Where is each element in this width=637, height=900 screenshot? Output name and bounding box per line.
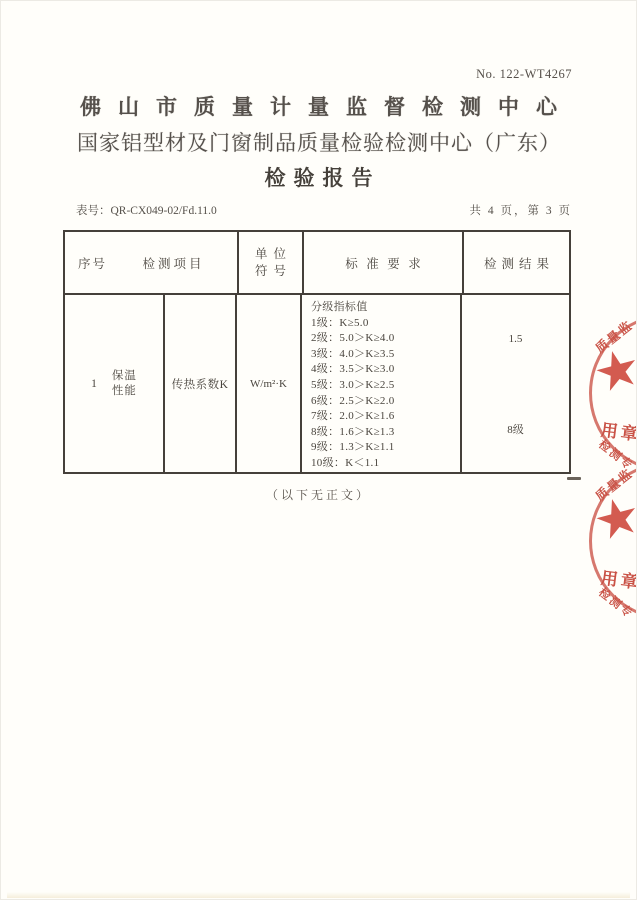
requirement-line: 1级：K≥5.0: [311, 316, 460, 332]
result-grade: 8级: [462, 421, 569, 437]
row-category-line1: 保温: [112, 369, 137, 384]
col-header-requirement: 标准要求: [304, 232, 464, 293]
cell-result: 1.5 8级: [462, 295, 569, 472]
end-note: （以下无正文）: [1, 486, 636, 503]
col-header-unit-line2: 符号: [249, 263, 292, 280]
scan-artifact-mark: [567, 477, 581, 480]
results-table: 序号 检测项目 单位 符号 标准要求 检测结果 1 保温 性能 传热系数K W/…: [63, 230, 571, 474]
report-number: No. 122-WT4267: [476, 67, 572, 82]
org-name-secondary: 国家铝型材及门窗制品质量检验检测中心（广东）: [1, 127, 636, 157]
requirement-line: 8级：1.6＞K≥1.3: [311, 425, 460, 441]
star-icon: ★: [588, 340, 637, 402]
red-seal-stamp-upper: 质量监 ★ 用章 检测专: [589, 314, 637, 472]
table-header-row: 序号 检测项目 单位 符号 标准要求 检测结果: [65, 232, 569, 295]
requirement-line: 7级：2.0＞K≥1.6: [311, 409, 460, 425]
col-header-item: 检测项目: [107, 254, 237, 272]
requirement-line: 9级：1.3＞K≥1.1: [311, 440, 460, 456]
header-cell-seq-item: 序号 检测项目: [65, 232, 239, 293]
col-header-seq: 序号: [78, 254, 107, 272]
col-header-unit: 单位 符号: [239, 232, 304, 293]
requirement-line: 分级指标值: [311, 300, 460, 316]
requirement-line: 6级：2.5＞K≥2.0: [311, 394, 460, 410]
cell-seq-category: 1 保温 性能: [65, 295, 165, 472]
row-category: 保温 性能: [112, 369, 137, 399]
form-number: 表号：QR-CX049-02/Fd.11.0: [76, 202, 217, 218]
row-item: 传热系数K: [165, 295, 237, 472]
page-indicator: 共 4 页，第 3 页: [470, 202, 573, 218]
requirement-line: 5级：3.0＞K≥2.5: [311, 378, 460, 394]
requirement-line: 2级：5.0＞K≥4.0: [311, 331, 460, 347]
result-value: 1.5: [462, 333, 569, 345]
row-category-line2: 性能: [112, 384, 137, 399]
scanned-report-page: No. 122-WT4267 佛山市质量计量监督检测中心 国家铝型材及门窗制品质…: [0, 0, 637, 900]
requirement-line: 10级：K＜1.1: [311, 456, 460, 472]
table-data-row: 1 保温 性能 传热系数K W/m²·K 分级指标值 1级：K≥5.0 2级：5…: [65, 295, 569, 472]
star-icon: ★: [588, 488, 637, 550]
form-info-row: 表号：QR-CX049-02/Fd.11.0 共 4 页，第 3 页: [76, 202, 572, 218]
row-unit: W/m²·K: [237, 295, 302, 472]
requirement-line: 3级：4.0＞K≥3.5: [311, 347, 460, 363]
col-header-result: 检测结果: [464, 232, 569, 293]
org-name-primary: 佛山市质量计量监督检测中心: [1, 91, 636, 121]
row-seq: 1: [91, 378, 97, 390]
red-seal-stamp-lower: 质量监 ★ 用章 检测专: [589, 462, 637, 620]
requirement-line: 4级：3.5＞K≥3.0: [311, 362, 460, 378]
row-requirement-list: 分级指标值 1级：K≥5.0 2级：5.0＞K≥4.0 3级：4.0＞K≥3.5…: [302, 295, 462, 472]
report-title: 检验报告: [1, 162, 636, 192]
col-header-unit-line1: 单位: [249, 246, 292, 263]
